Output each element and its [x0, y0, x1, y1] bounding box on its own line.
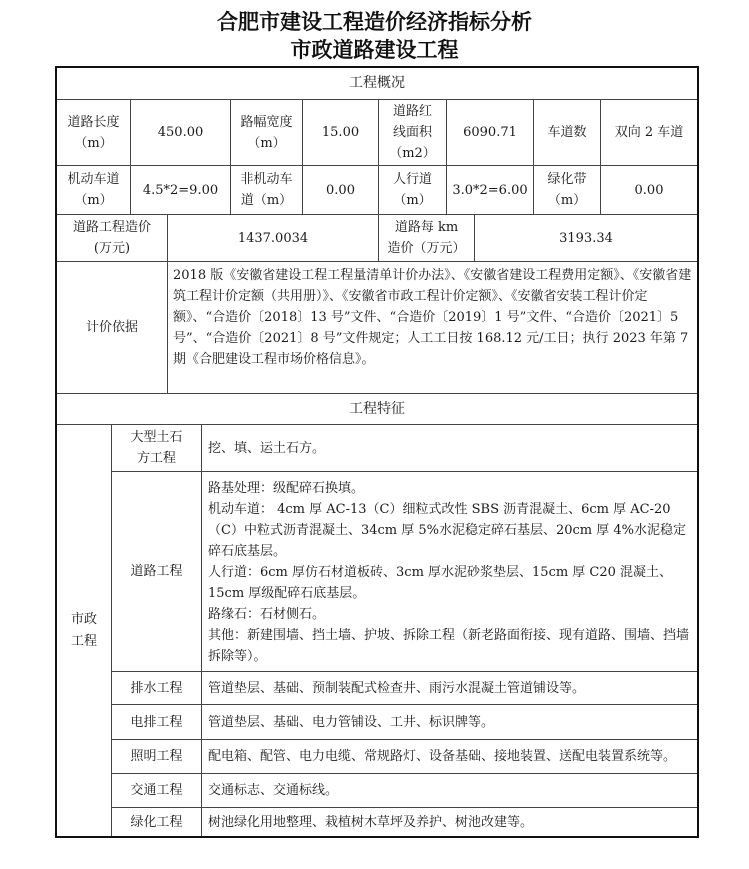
lane-count-value: 双向 2 车道	[601, 100, 697, 166]
features-heading: 工程特征	[57, 394, 697, 425]
sidewalk-value: 3.0*2=6.00	[447, 166, 534, 215]
feature-name-earthwork: 大型土石方工程	[112, 425, 202, 472]
document-subtitle: 市政道路建设工程	[0, 34, 749, 64]
pricing-basis-label: 计价依据	[57, 262, 168, 394]
road-desc-subgrade: 路基处理：级配碎石换填。	[208, 478, 364, 499]
road-desc-curb: 路缘石：石材侧石。	[208, 604, 325, 625]
sidewalk-label: 人行道（m）	[379, 166, 447, 215]
indicator-table: 工程概况 道路长度（m） 450.00 路幅宽度（m） 15.00 道路红线面积…	[55, 66, 699, 838]
feature-name-traffic: 交通工程	[112, 774, 202, 808]
non-motor-lane-label: 非机动车道（m）	[231, 166, 303, 215]
feature-desc-earthwork: 挖、填、运土石方。	[202, 425, 697, 472]
road-length-value: 450.00	[131, 100, 231, 166]
feature-name-road: 道路工程	[112, 472, 202, 672]
pricing-basis-text: 2018 版《安徽省建设工程工程量清单计价办法》、《安徽省建设工程费用定额》、《…	[168, 262, 697, 394]
overview-heading: 工程概况	[57, 68, 697, 100]
non-motor-lane-value: 0.00	[303, 166, 379, 215]
feature-desc-greening: 树池绿化用地整理、栽植树木草坪及养护、树池改建等。	[202, 808, 697, 836]
feature-desc-road: 路基处理：级配碎石换填。 机动车道： 4cm 厚 AC-13（C）细粒式改性 S…	[202, 472, 697, 672]
road-cost-value: 1437.0034	[168, 215, 379, 262]
road-desc-motor-lane: 机动车道： 4cm 厚 AC-13（C）细粒式改性 SBS 沥青混凝土、6cm …	[208, 499, 691, 562]
red-line-area-label: 道路红线面积（m2）	[379, 100, 447, 166]
road-width-label: 路幅宽度（m）	[231, 100, 303, 166]
green-belt-label: 绿化带（m）	[534, 166, 601, 215]
road-length-label: 道路长度（m）	[57, 100, 131, 166]
green-belt-value: 0.00	[601, 166, 697, 215]
lane-count-label: 车道数	[534, 100, 601, 166]
red-line-area-value: 6090.71	[447, 100, 534, 166]
feature-name-greening: 绿化工程	[112, 808, 202, 836]
motor-lane-value: 4.5*2=9.00	[131, 166, 231, 215]
document-title: 合肥市建设工程造价经济指标分析	[0, 6, 749, 36]
feature-desc-lighting: 配电箱、配管、电力电缆、常规路灯、设备基础、接地装置、送配电装置系统等。	[202, 740, 697, 774]
feature-name-electric: 电排工程	[112, 705, 202, 740]
feature-name-drainage: 排水工程	[112, 672, 202, 705]
category-municipal: 市政工程	[57, 425, 112, 836]
cost-per-km-label: 道路每 km 造价（万元）	[379, 215, 475, 262]
feature-desc-traffic: 交通标志、交通标线。	[202, 774, 697, 808]
road-width-value: 15.00	[303, 100, 379, 166]
road-cost-label: 道路工程造价(万元)	[57, 215, 168, 262]
feature-name-lighting: 照明工程	[112, 740, 202, 774]
feature-desc-drainage: 管道垫层、基础、预制装配式检查井、雨污水混凝土管道铺设等。	[202, 672, 697, 705]
road-desc-other: 其他：新建围墙、挡土墙、护坡、拆除工程（新老路面衔接、现有道路、围墙、挡墙拆除等…	[208, 625, 691, 667]
road-desc-sidewalk: 人行道：6cm 厚仿石材道板砖、3cm 厚水泥砂浆垫层、15cm 厚 C20 混…	[208, 562, 691, 604]
feature-desc-electric: 管道垫层、基础、电力管铺设、工井、标识牌等。	[202, 705, 697, 740]
motor-lane-label: 机动车道（m）	[57, 166, 131, 215]
cost-per-km-value: 3193.34	[475, 215, 697, 262]
